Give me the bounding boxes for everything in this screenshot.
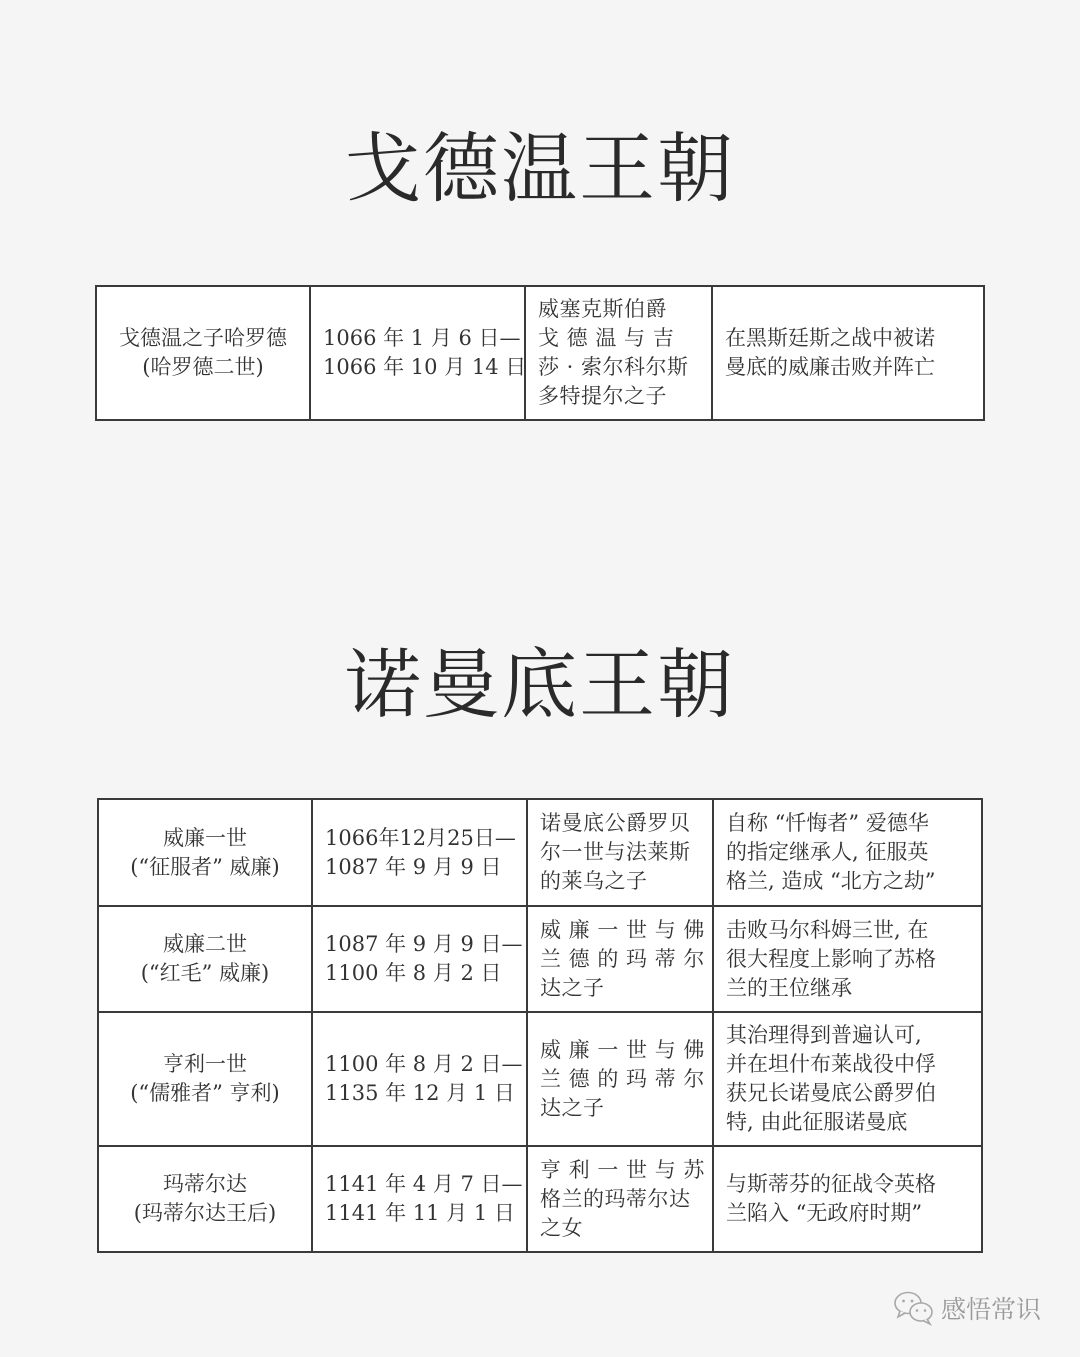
cell-name: 亨利一世 (“儒雅者” 亨利) (98, 1012, 312, 1146)
watermark: 感悟常识 (893, 1290, 1041, 1326)
cell-reign: 1141 年 4 月 7 日— 1141 年 11 月 1 日 (312, 1146, 527, 1252)
table-row: 亨利一世 (“儒雅者” 亨利) 1100 年 8 月 2 日— 1135 年 1… (98, 1012, 982, 1146)
cell-parents: 威 廉 一 世 与 佛 兰 德 的 玛 蒂 尔 达之子 (527, 1012, 713, 1146)
table-row: 玛蒂尔达 (玛蒂尔达王后) 1141 年 4 月 7 日— 1141 年 11 … (98, 1146, 982, 1252)
section-title-normandy: 诺曼底王朝 (0, 647, 1080, 723)
watermark-text: 感悟常识 (941, 1290, 1041, 1326)
cell-reign: 1066年12月25日— 1087 年 9 月 9 日 (312, 799, 527, 906)
cell-parents: 威塞克斯伯爵 戈 德 温 与 吉 莎 · 索尔科尔斯 多特提尔之子 (525, 286, 712, 420)
cell-name: 威廉一世 (“征服者” 威廉) (98, 799, 312, 906)
cell-parents: 亨 利 一 世 与 苏 格兰的玛蒂尔达 之女 (527, 1146, 713, 1252)
cell-notes: 与斯蒂芬的征战令英格 兰陷入 “无政府时期” (713, 1146, 982, 1252)
cell-notes: 击败马尔科姆三世, 在 很大程度上影响了苏格 兰的王位继承 (713, 906, 982, 1012)
cell-notes: 在黑斯廷斯之战中被诺 曼底的威廉击败并阵亡 (712, 286, 984, 420)
table-row: 威廉一世 (“征服者” 威廉) 1066年12月25日— 1087 年 9 月 … (98, 799, 982, 906)
cell-reign: 1066 年 1 月 6 日— 1066 年 10 月 14 日 (310, 286, 525, 420)
section-title-godwin: 戈德温王朝 (0, 131, 1080, 207)
cell-name: 玛蒂尔达 (玛蒂尔达王后) (98, 1146, 312, 1252)
table-row: 戈德温之子哈罗德 (哈罗德二世) 1066 年 1 月 6 日— 1066 年 … (96, 286, 984, 420)
wechat-icon (893, 1290, 935, 1326)
cell-notes: 自称 “忏悔者” 爱德华 的指定继承人, 征服英 格兰, 造成 “北方之劫” (713, 799, 982, 906)
table-row: 威廉二世 (“红毛” 威廉) 1087 年 9 月 9 日— 1100 年 8 … (98, 906, 982, 1012)
normandy-dynasty-table: 威廉一世 (“征服者” 威廉) 1066年12月25日— 1087 年 9 月 … (97, 798, 983, 1251)
cell-name: 戈德温之子哈罗德 (哈罗德二世) (96, 286, 310, 420)
godwin-dynasty-table: 戈德温之子哈罗德 (哈罗德二世) 1066 年 1 月 6 日— 1066 年 … (95, 285, 985, 421)
cell-parents: 诺曼底公爵罗贝 尔一世与法莱斯 的莱乌之子 (527, 799, 713, 906)
cell-parents: 威 廉 一 世 与 佛 兰 德 的 玛 蒂 尔 达之子 (527, 906, 713, 1012)
cell-reign: 1100 年 8 月 2 日— 1135 年 12 月 1 日 (312, 1012, 527, 1146)
cell-reign: 1087 年 9 月 9 日— 1100 年 8 月 2 日 (312, 906, 527, 1012)
cell-name: 威廉二世 (“红毛” 威廉) (98, 906, 312, 1012)
cell-notes: 其治理得到普遍认可, 并在坦什布莱战役中俘 获兄长诺曼底公爵罗伯 特, 由此征服… (713, 1012, 982, 1146)
